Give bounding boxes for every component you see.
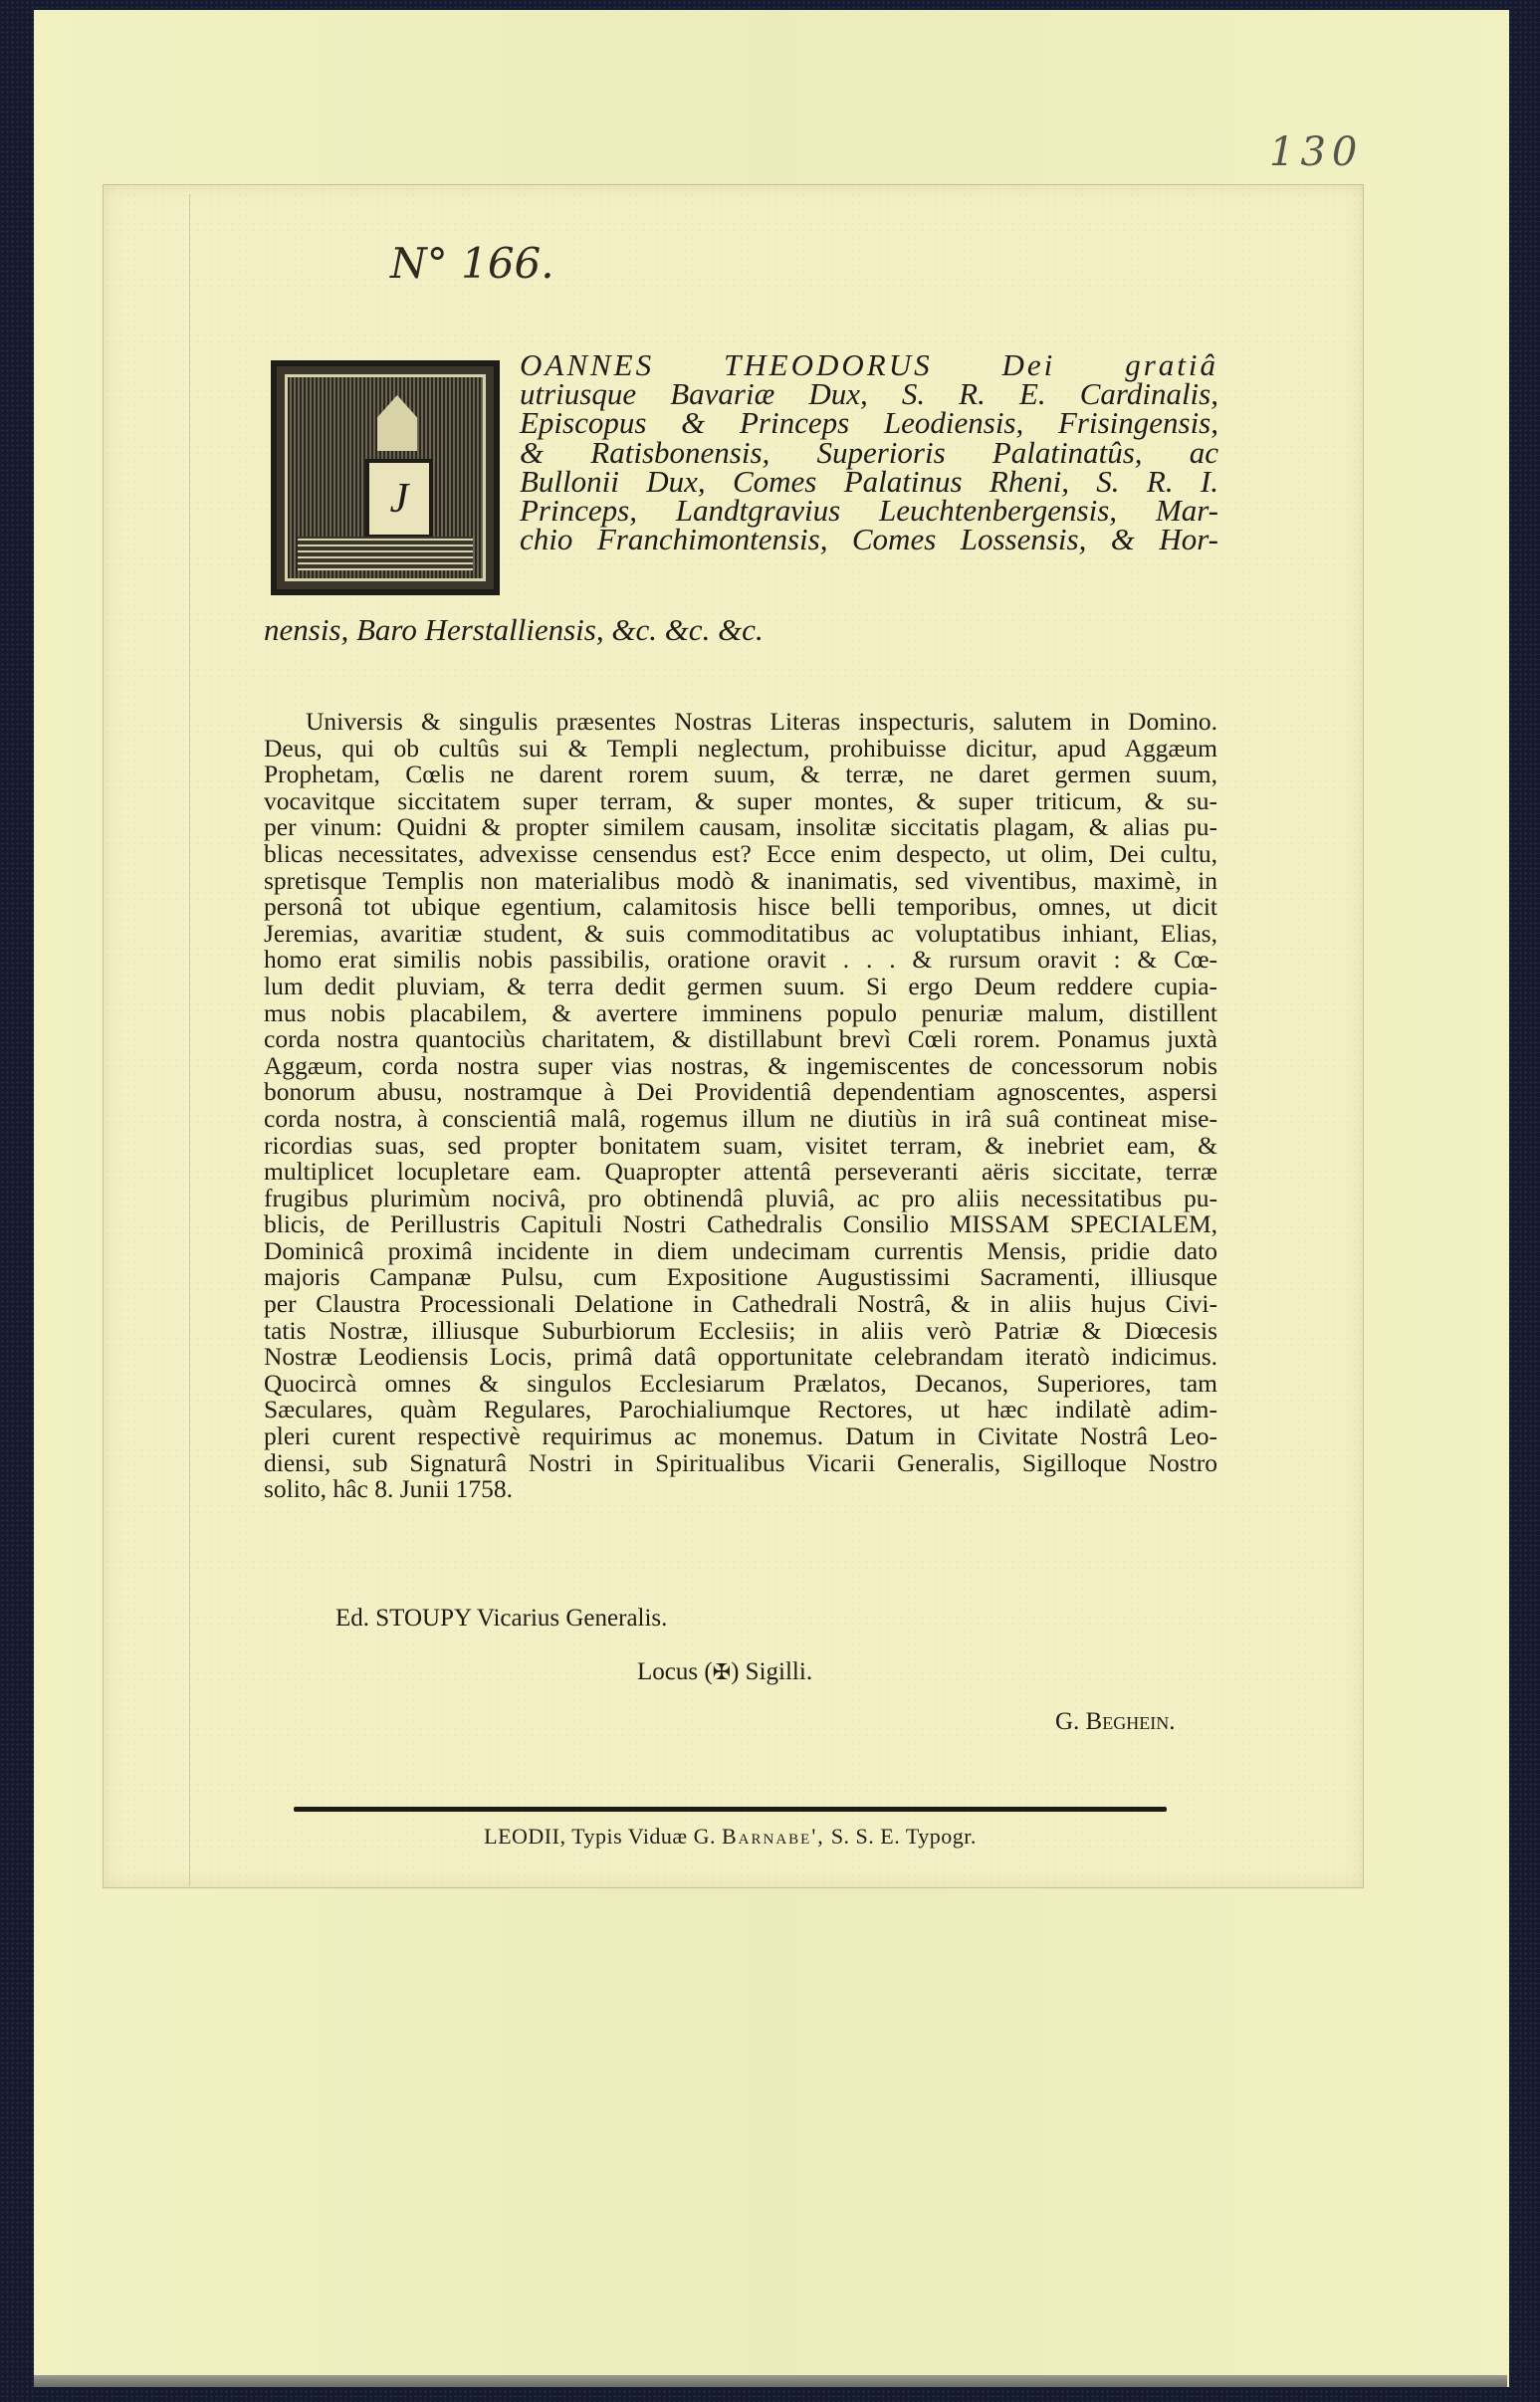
title-line: OANNES THEODORUS Dei gratiâ: [520, 350, 1218, 379]
body-line: Deus, qui ob cultûs sui & Templi neglect…: [264, 736, 1217, 763]
folio-number: 130: [1269, 129, 1363, 175]
body-line: bonorum abusu, nostramque à Dei Providen…: [264, 1079, 1217, 1106]
title-line: chio Franchimontensis, Comes Lossensis, …: [520, 525, 1218, 553]
title-line: Princeps, Landtgravius Leuchtenbergensis…: [520, 496, 1218, 525]
imprint-title: S. S. E. Typogr.: [831, 1824, 977, 1849]
body-line: corda nostra quantociùs charitatem, & di…: [264, 1026, 1217, 1053]
body-line: ricordias suas, sed propter bonitatem su…: [264, 1133, 1217, 1160]
body-line: multiplicet locupletare eam. Quapropter …: [264, 1159, 1217, 1186]
body-line: Sæculares, quàm Regulares, Parochialiumq…: [264, 1397, 1217, 1423]
body-line: vocavitque siccitatem super terram, & su…: [264, 788, 1217, 815]
body-line: per Claustra Processionali Delatione in …: [264, 1291, 1217, 1318]
body-line: Quocircà omnes & singulos Ecclesiarum Pr…: [264, 1371, 1217, 1398]
body-line: Dominicâ proximâ incidente in diem undec…: [264, 1238, 1217, 1265]
body-line: spretisque Templis non materialibus modò…: [264, 868, 1217, 895]
initial-engraving: J: [285, 374, 486, 581]
body-line: blicis, de Perillustris Capituli Nostri …: [264, 1211, 1217, 1238]
body-line: mus nobis placabilem, & avertere imminen…: [264, 1000, 1217, 1027]
title-line: Episcopus & Princeps Leodiensis, Frising…: [520, 408, 1218, 437]
fold-crease: [189, 194, 190, 1886]
body-line: blicas necessitates, advexisse censendus…: [264, 841, 1217, 868]
title-block: OANNES THEODORUS Dei gratiâ utriusque Ba…: [520, 350, 1218, 553]
mitre-icon: [377, 395, 417, 451]
imprint-printer: Barnabe',: [722, 1824, 825, 1849]
body-line: corda nostra, à conscientiâ malâ, rogemu…: [264, 1106, 1217, 1133]
body-line: personâ tot ubique egentium, calamitosis…: [264, 894, 1217, 921]
body-line: Aggæum, corda nostra super vias nostras,…: [264, 1053, 1217, 1080]
divider-rule: [294, 1807, 1167, 1812]
decree-body: Universis & singulis præsentes Nostras L…: [264, 709, 1217, 1503]
seal-label-before: Locus (: [637, 1658, 713, 1685]
title-line: utriusque Bavariæ Dux, S. R. E. Cardinal…: [520, 379, 1218, 408]
seal-label-after: ) Sigilli.: [731, 1658, 812, 1685]
body-line: homo erat similis nobis passibilis, orat…: [264, 947, 1217, 974]
body-line: diensi, sub Signaturâ Nostri in Spiritua…: [264, 1450, 1217, 1477]
body-line: Universis & singulis præsentes Nostras L…: [264, 709, 1217, 736]
mount-bottom-edge: [34, 2375, 1507, 2387]
body-line: tatis Nostræ, illiusque Suburbiorum Eccl…: [264, 1318, 1217, 1345]
body-line: Nostræ Leodiensis Locis, primâ datâ oppo…: [264, 1344, 1217, 1371]
title-line: & Ratisbonensis, Superioris Palatinatûs,…: [520, 438, 1218, 467]
printer-imprint: LEODII, Typis Viduæ G. Barnabe', S. S. E…: [294, 1824, 1167, 1850]
initial-letter: J: [365, 459, 433, 539]
title-line: Bullonii Dux, Comes Palatinus Rheni, S. …: [520, 467, 1218, 496]
seal-placeholder: Locus (✠) Sigilli.: [637, 1658, 812, 1686]
secretary-signature: G. Beghein.: [1055, 1708, 1175, 1736]
decorated-initial: J: [271, 360, 500, 595]
body-line: majoris Campanæ Pulsu, cum Expositione A…: [264, 1264, 1217, 1291]
body-line: Prophetam, Cœlis ne darent rorem suum, &…: [264, 762, 1217, 788]
body-line: per vinum: Quidni & propter similem caus…: [264, 814, 1217, 841]
altar-icon: [298, 537, 473, 570]
title-line-last: nensis, Baro Herstalliensis, &c. &c. &c.: [264, 612, 764, 648]
body-line: pleri curent respectivè requirimus ac mo…: [264, 1423, 1217, 1450]
imprint-place: LEODII,: [484, 1824, 565, 1849]
cross-icon: ✠: [713, 1659, 731, 1685]
manuscript-number: N° 166.: [390, 239, 554, 288]
body-line: Jeremias, avaritiæ student, & suis commo…: [264, 921, 1217, 948]
body-line: lum dedit pluviam, & terra dedit germen …: [264, 974, 1217, 1000]
body-line-date: solito, hâc 8. Junii 1758.: [264, 1476, 1217, 1503]
body-line: frugibus plurimùm nocivâ, pro obtinendâ …: [264, 1186, 1217, 1212]
imprint-text: Typis Viduæ G.: [571, 1824, 716, 1849]
vicar-signature: Ed. STOUPY Vicarius Generalis.: [335, 1605, 667, 1633]
